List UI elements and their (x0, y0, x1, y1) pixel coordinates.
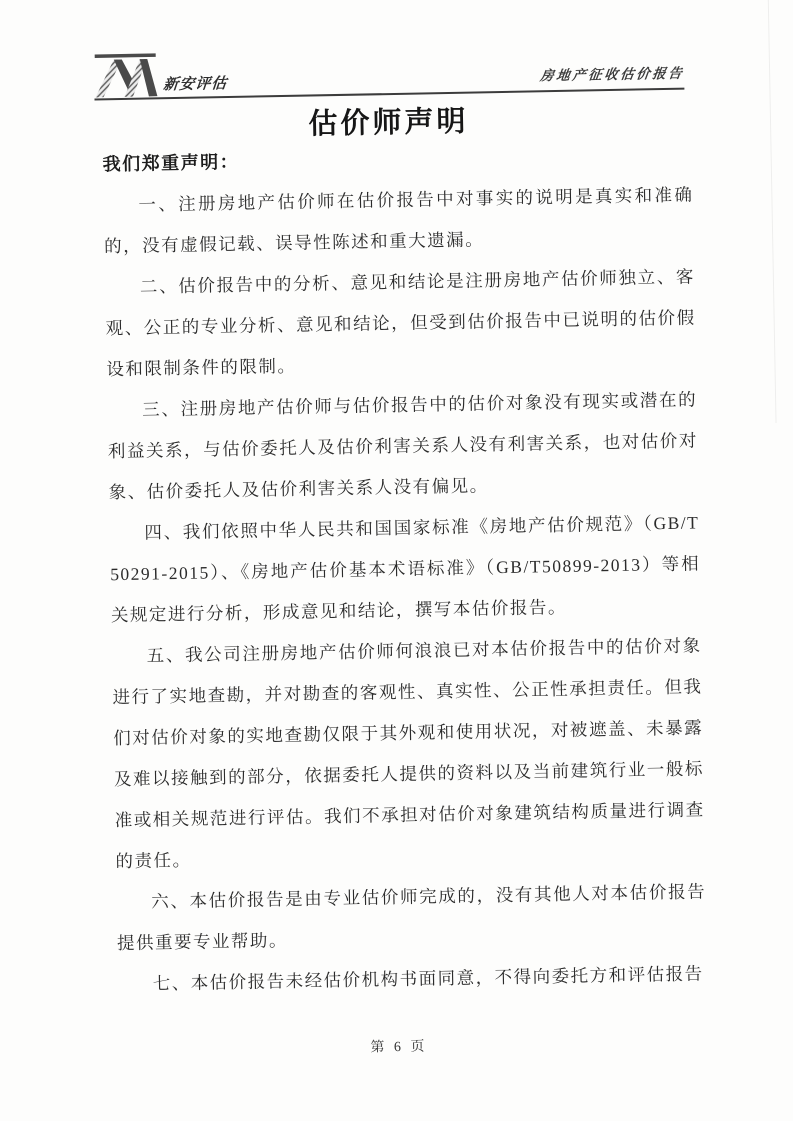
statement-paragraph-2: 二、估价报告中的分析、意见和结论是注册房地产估价师独立、客观、公正的专业分析、意… (105, 256, 697, 390)
brand-name: 新安评估 (162, 72, 228, 96)
scan-edge-artifact (768, 0, 777, 423)
statement-paragraph-4: 四、我们依照中华人民共和国国家标准《房地产估价规范》（GB/T 50291-20… (109, 502, 701, 636)
page-number: 第 6 页 (9, 1029, 789, 1063)
statement-body: 我们郑重声明： 一、注册房地产估价师在估价报告中对事实的说明是真实和准确的，没有… (102, 134, 708, 1006)
brand-block: 新安评估 (94, 51, 228, 97)
statement-paragraph-6: 六、本估价报告是由专业估价师完成的，没有其他人对本估价报告提供重要专业帮助。 (116, 871, 707, 964)
statement-paragraph-3: 三、注册房地产估价师与估价报告中的估价对象没有现实或潜在的利益关系，与估价委托人… (107, 379, 699, 513)
statement-paragraph-1: 一、注册房地产估价师在估价报告中对事实的说明是真实和准确的，没有虚假记载、误导性… (103, 175, 694, 268)
statement-paragraph-5: 五、我公司注册房地产估价师何浪浪已对本估价报告中的估价对象进行了实地查勘，并对勘… (111, 625, 705, 882)
xinan-m-logo-icon (94, 52, 159, 97)
report-type-label: 房地产征收估价报告 (539, 62, 686, 90)
paper-sheet: 新安评估 房地产征收估价报告 估价师声明 我们郑重声明： 一、注册房地产估价师在… (0, 0, 793, 1121)
scanned-report-page: 新安评估 房地产征收估价报告 估价师声明 我们郑重声明： 一、注册房地产估价师在… (0, 0, 793, 1121)
